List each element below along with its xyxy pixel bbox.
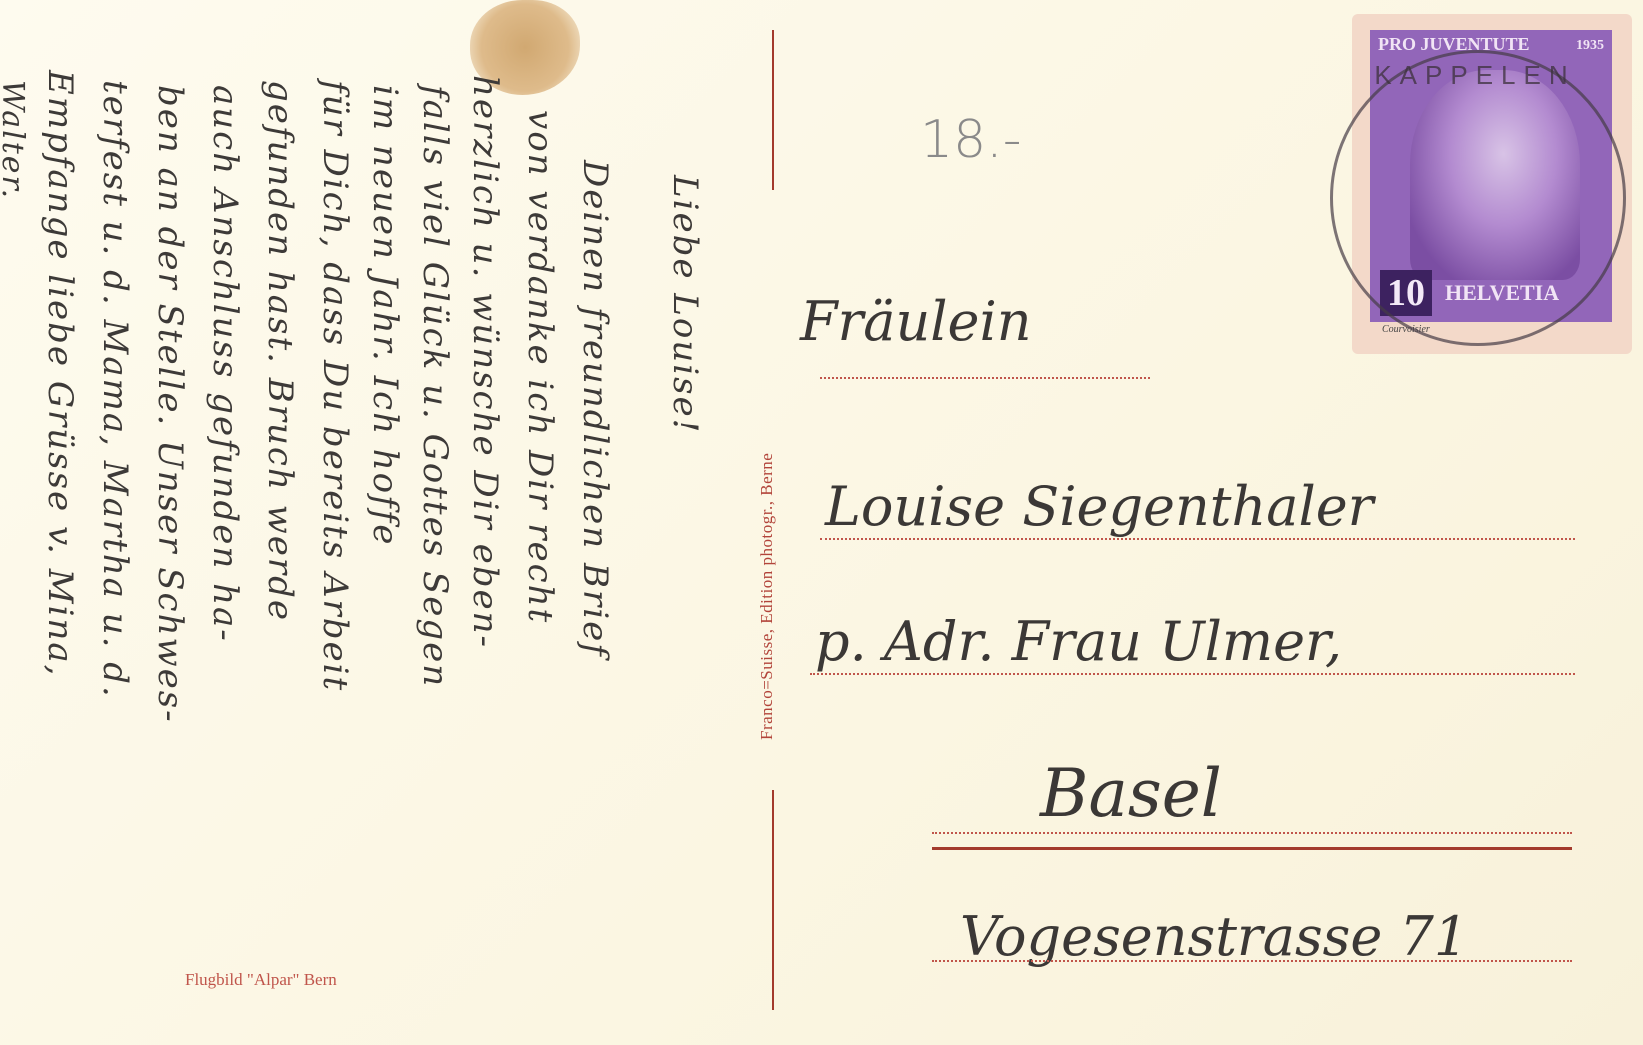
message-line: im neuen Jahr. Ich hoffe bbox=[365, 85, 405, 546]
address-street: Vogesenstrasse 71 bbox=[960, 905, 1468, 968]
message-line: auch Anschluss gefunden ha- bbox=[205, 85, 245, 643]
message-line: falls viel Glück u. Gottes Segen bbox=[415, 85, 455, 688]
postcard: Liebe Louise! Deinen freundlichen Brief … bbox=[0, 0, 1643, 1045]
message-line: Walter. bbox=[0, 80, 30, 200]
address-dotted-line bbox=[932, 960, 1572, 962]
divider-line bbox=[772, 30, 774, 190]
city-underline bbox=[932, 847, 1572, 850]
divider-line bbox=[772, 790, 774, 1010]
message-line: gefunden hast. Bruch werde bbox=[260, 80, 300, 622]
address-salutation: Fräulein bbox=[800, 290, 1032, 353]
message-line: Deinen freundlichen Brief bbox=[575, 160, 615, 658]
stamp-year: 1935 bbox=[1576, 38, 1604, 54]
message-line: für Dich, dass Du bereits Arbeit bbox=[315, 80, 355, 692]
message-line: herzlich u. wünsche Dir eben- bbox=[465, 75, 505, 649]
address-dotted-line bbox=[810, 673, 1575, 675]
address-city: Basel bbox=[1040, 755, 1222, 832]
postmark-text: KAPPELEN bbox=[1330, 60, 1620, 91]
photo-credit: Flugbild "Alpar" Bern bbox=[185, 970, 337, 990]
message-line: ben an der Stelle. Unser Schwes- bbox=[150, 85, 190, 724]
address-dotted-line bbox=[932, 832, 1572, 834]
handwritten-message: Liebe Louise! Deinen freundlichen Brief … bbox=[0, 0, 740, 1045]
message-line: Empfange liebe Grüsse v. Mina, bbox=[40, 70, 80, 677]
address-dotted-line bbox=[820, 538, 1575, 540]
postmark-circle bbox=[1330, 50, 1626, 346]
message-line: von verdanke ich Dir recht bbox=[520, 110, 560, 624]
message-line: terfest u. d. Mama, Martha u. d. bbox=[95, 80, 135, 699]
address-dotted-line bbox=[820, 377, 1150, 379]
pencil-price-note: 18.- bbox=[920, 110, 1021, 170]
address-name: Louise Siegenthaler bbox=[825, 475, 1374, 538]
publisher-imprint: Franco=Suisse, Edition photogr., Berne bbox=[757, 453, 777, 740]
address-care-of: p. Adr. Frau Ulmer, bbox=[815, 610, 1342, 673]
message-line: Liebe Louise! bbox=[665, 175, 705, 434]
